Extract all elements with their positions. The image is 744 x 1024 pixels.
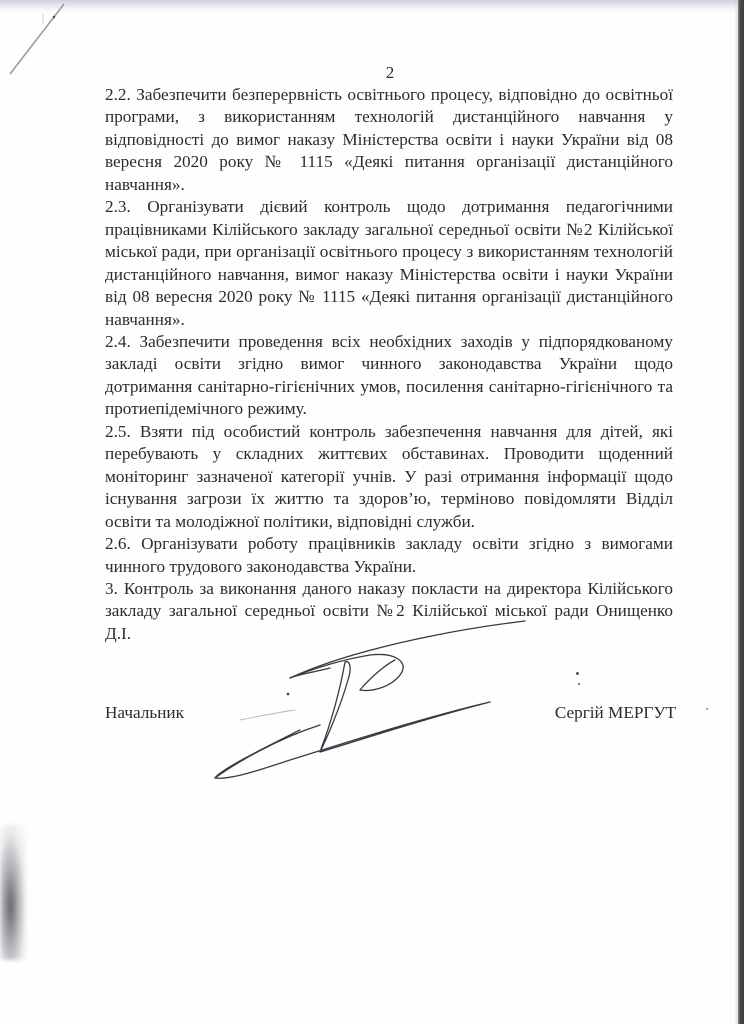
paragraph-2-5: 2.5. Взяти під особистий контроль забезп… <box>105 421 673 533</box>
scan-left-smudge <box>0 825 26 960</box>
paragraph-2-6: 2.6. Організувати роботу працівників зак… <box>105 533 673 578</box>
signatory-name: Сергій МЕРГУТ <box>555 702 676 724</box>
signatory-title: Начальник <box>105 702 184 724</box>
paragraph-2-2: 2.2. Забезпечити безперервність освітньо… <box>105 84 673 196</box>
scanned-document-page: 2 2.2. Забезпечити безперервність освітн… <box>0 0 744 1024</box>
paragraph-2-4: 2.4. Забезпечити проведення всіх необхід… <box>105 331 673 421</box>
scan-right-edge <box>738 0 744 1024</box>
scan-speck <box>707 708 708 709</box>
paragraph-2-3: 2.3. Організувати дієвий контроль щодо д… <box>105 196 673 331</box>
scan-speck <box>578 683 580 685</box>
document-body: 2.2. Забезпечити безперервність освітньо… <box>105 84 673 645</box>
page-number: 2 <box>0 63 744 83</box>
scan-speck <box>576 672 579 675</box>
handwritten-signature-icon <box>180 620 560 790</box>
